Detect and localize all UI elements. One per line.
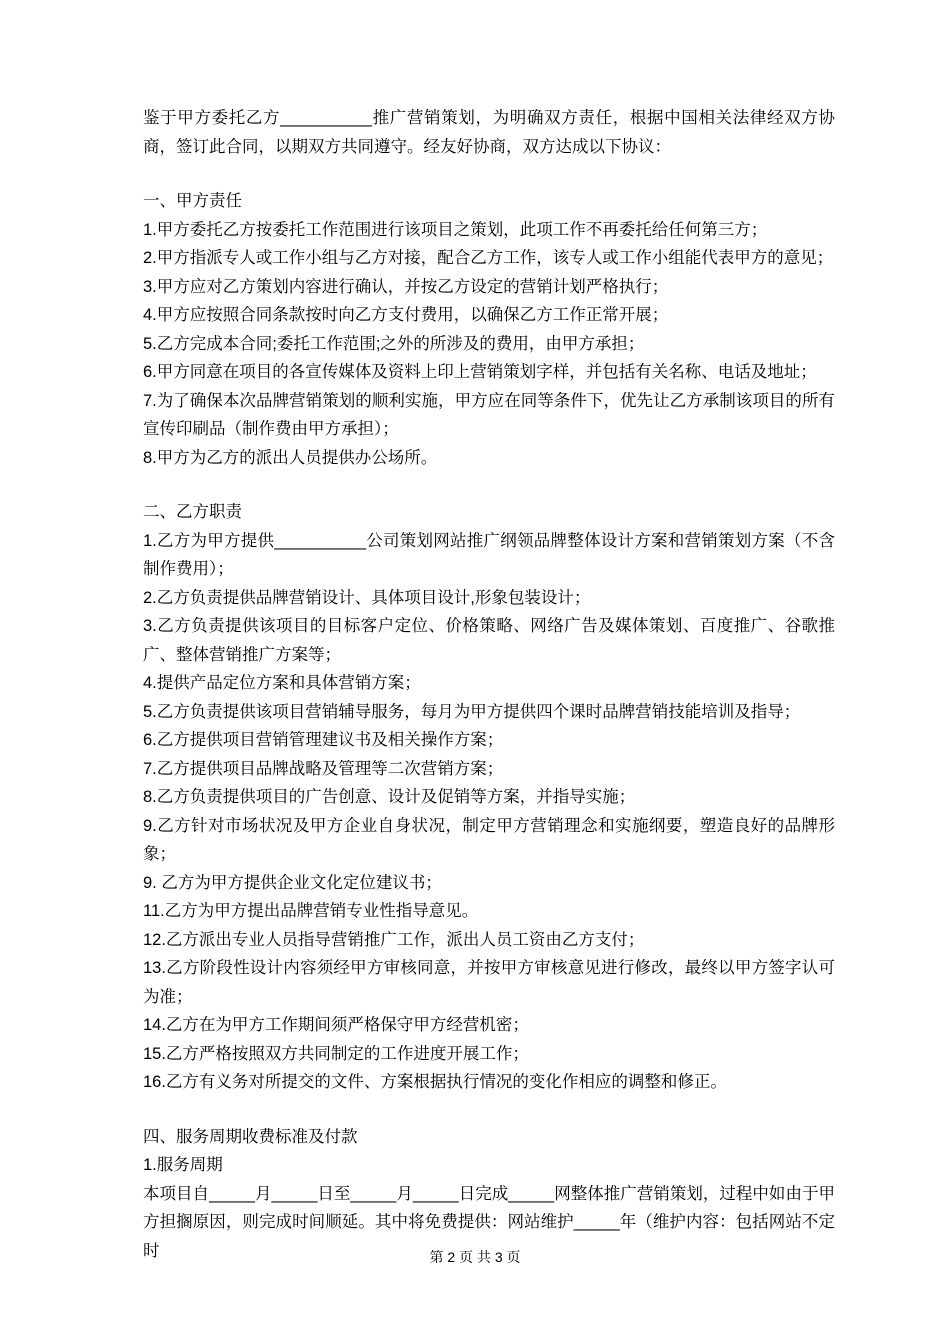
section-2-clause-14: 14.乙方在为甲方工作期间须严格保守甲方经营机密； (143, 1011, 835, 1040)
section-2-clause-9: 9.乙方针对市场状况及甲方企业自身状况，制定甲方营销理念和实施纲要，塑造良好的品… (143, 812, 835, 869)
section-1-clause-4: 4.甲方应按照合同条款按时向乙方支付费用，以确保乙方工作正常开展； (143, 301, 835, 330)
section-1-clause-1: 1.甲方委托乙方按委托工作范围进行该项目之策划，此项工作不再委托给任何第三方； (143, 216, 835, 245)
section-3-clause-1: 1.服务周期 (143, 1151, 835, 1180)
section-2-clause-7: 7.乙方提供项目品牌战略及管理等二次营销方案； (143, 755, 835, 784)
document-body: 鉴于甲方委托乙方__________推广营销策划，为明确双方责任，根据中国相关法… (143, 104, 835, 1265)
section-2-heading: 二、乙方职责 (143, 498, 835, 527)
section-2-clause-13: 13.乙方阶段性设计内容须经甲方审核同意，并按甲方审核意见进行修改，最终以甲方签… (143, 954, 835, 1011)
section-2-clause-1: 1.乙方为甲方提供__________公司策划网站推广纲领品牌整体设计方案和营销… (143, 527, 835, 584)
section-3-heading: 四、服务周期收费标准及付款 (143, 1123, 835, 1152)
section-2-clause-5: 5.乙方负责提供该项目营销辅导服务，每月为甲方提供四个课时品牌营销技能培训及指导… (143, 698, 835, 727)
section-2-clause-12: 12.乙方派出专业人员指导营销推广工作，派出人员工资由乙方支付； (143, 926, 835, 955)
section-2-clause-4: 4.提供产品定位方案和具体营销方案； (143, 669, 835, 698)
section-2-clause-11: 11.乙方为甲方提出品牌营销专业性指导意见。 (143, 897, 835, 926)
section-1-clause-3: 3.甲方应对乙方策划内容进行确认，并按乙方设定的营销计划严格执行； (143, 273, 835, 302)
section-2-clause-8: 8.乙方负责提供项目的广告创意、设计及促销等方案，并指导实施； (143, 783, 835, 812)
section-2-clause-16: 16.乙方有义务对所提交的文件、方案根据执行情况的变化作相应的调整和修正。 (143, 1068, 835, 1097)
section-1-clause-8: 8.甲方为乙方的派出人员提供办公场所。 (143, 444, 835, 473)
section-1-heading: 一、甲方责任 (143, 187, 835, 216)
section-2-clause-6: 6.乙方提供项目营销管理建议书及相关操作方案； (143, 726, 835, 755)
section-1-clause-6: 6.甲方同意在项目的各宣传媒体及资料上印上营销策划字样，并包括有关名称、电话及地… (143, 358, 835, 387)
section-2-clause-10: 9. 乙方为甲方提供企业文化定位建议书； (143, 869, 835, 898)
page-number-indicator: 第 2 页 共 3 页 (0, 1247, 950, 1267)
section-1-clause-7: 7.为了确保本次品牌营销策划的顺利实施，甲方应在同等条件下，优先让乙方承制该项目… (143, 387, 835, 444)
section-2-clause-2: 2.乙方负责提供品牌营销设计、具体项目设计,形象包装设计； (143, 584, 835, 613)
section-2-clause-15: 15.乙方严格按照双方共同制定的工作进度开展工作； (143, 1040, 835, 1069)
section-1-clause-5: 5.乙方完成本合同;委托工作范围;之外的所涉及的费用，由甲方承担； (143, 330, 835, 359)
section-2-clause-3: 3.乙方负责提供该项目的目标客户定位、价格策略、网络广告及媒体策划、百度推广、谷… (143, 612, 835, 669)
intro-paragraph: 鉴于甲方委托乙方__________推广营销策划，为明确双方责任，根据中国相关法… (143, 104, 835, 161)
section-1-clause-2: 2.甲方指派专人或工作小组与乙方对接，配合乙方工作，该专人或工作小组能代表甲方的… (143, 244, 835, 273)
document-page: 鉴于甲方委托乙方__________推广营销策划，为明确双方责任，根据中国相关法… (0, 0, 950, 1344)
